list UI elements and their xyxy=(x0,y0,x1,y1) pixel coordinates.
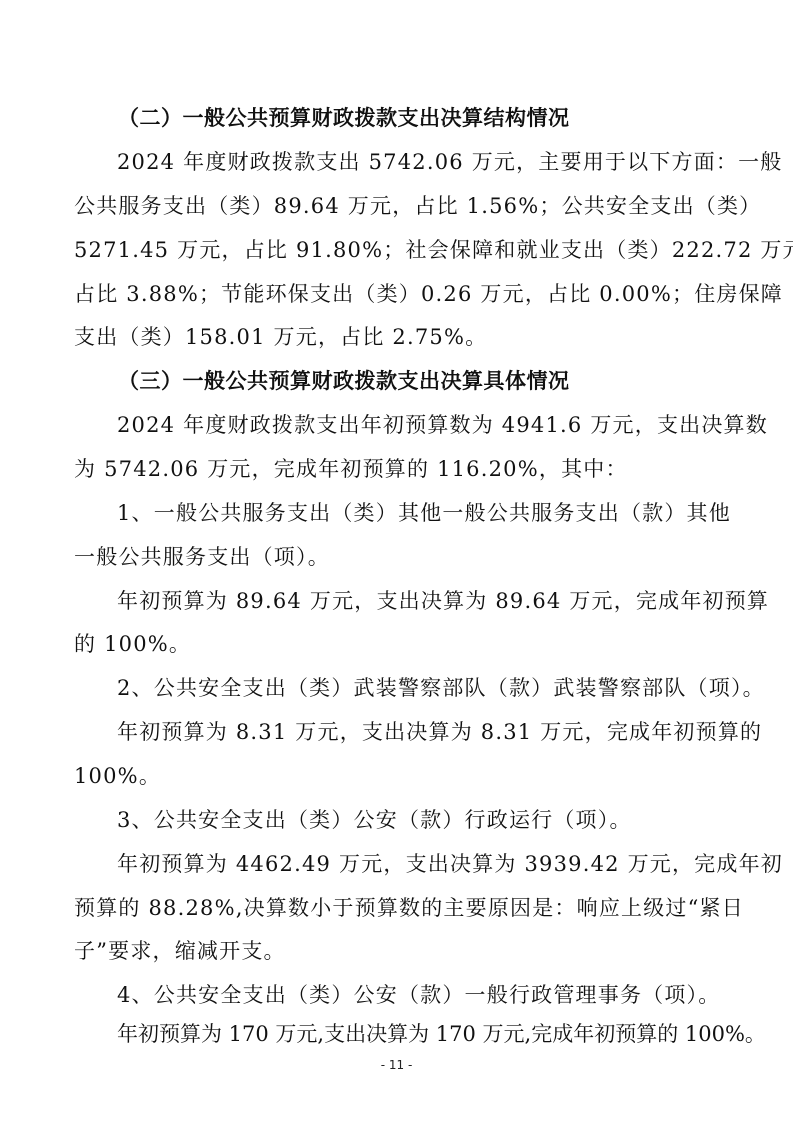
paragraph-line: 为 5742.06 万元，完成年初预算的 116.20%，其中： xyxy=(74,455,793,483)
item-title-4: 4、公共安全支出（类）公安（款）一般行政管理事务（项）。 xyxy=(117,981,793,1009)
paragraph-line: 子”要求，缩减开支。 xyxy=(74,937,793,965)
paragraph-line: 公共服务支出（类）89.64 万元，占比 1.56%；公共安全支出（类） xyxy=(74,192,793,220)
paragraph-line: 的 100%。 xyxy=(74,630,793,658)
paragraph-line: 年初预算为 89.64 万元，支出决算为 89.64 万元，完成年初预算 xyxy=(117,587,793,615)
paragraph-line: 年初预算为 8.31 万元，支出决算为 8.31 万元，完成年初预算的 xyxy=(117,718,793,746)
paragraph-line: 预算的 88.28%,决算数小于预算数的主要原因是：响应上级过“紧日 xyxy=(74,894,793,922)
paragraph-line: 100%。 xyxy=(74,762,793,790)
document-page: （二）一般公共预算财政拨款支出决算结构情况 2024 年度财政拨款支出 5742… xyxy=(0,0,793,1122)
paragraph-line: 年初预算为 4462.49 万元，支出决算为 3939.42 万元，完成年初 xyxy=(117,850,793,878)
paragraph-line: 2024 年度财政拨款支出 5742.06 万元，主要用于以下方面：一般 xyxy=(117,148,793,176)
paragraph-line: 支出（类）158.01 万元，占比 2.75%。 xyxy=(74,323,793,351)
paragraph-line: 占比 3.88%；节能环保支出（类）0.26 万元，占比 0.00%；住房保障 xyxy=(74,280,793,308)
paragraph-line: 2024 年度财政拨款支出年初预算数为 4941.6 万元，支出决算数 xyxy=(117,411,793,439)
paragraph-line: 年初预算为 170 万元,支出决算为 170 万元,完成年初预算的 100%。 xyxy=(117,1020,793,1048)
item-title-3: 3、公共安全支出（类）公安（款）行政运行（项）。 xyxy=(117,806,793,834)
paragraph-line: 一般公共服务支出（项）。 xyxy=(74,543,793,571)
page-number: - 11 - xyxy=(0,1058,793,1072)
section-heading-structure: （二）一般公共预算财政拨款支出决算结构情况 xyxy=(118,104,793,132)
section-heading-detail: （三）一般公共预算财政拨款支出决算具体情况 xyxy=(118,367,793,395)
item-title-2: 2、公共安全支出（类）武装警察部队（款）武装警察部队（项）。 xyxy=(117,674,793,702)
paragraph-line: 5271.45 万元，占比 91.80%；社会保障和就业支出（类）222.72 … xyxy=(74,236,793,264)
item-title-1: 1、一般公共服务支出（类）其他一般公共服务支出（款）其他 xyxy=(117,499,793,527)
